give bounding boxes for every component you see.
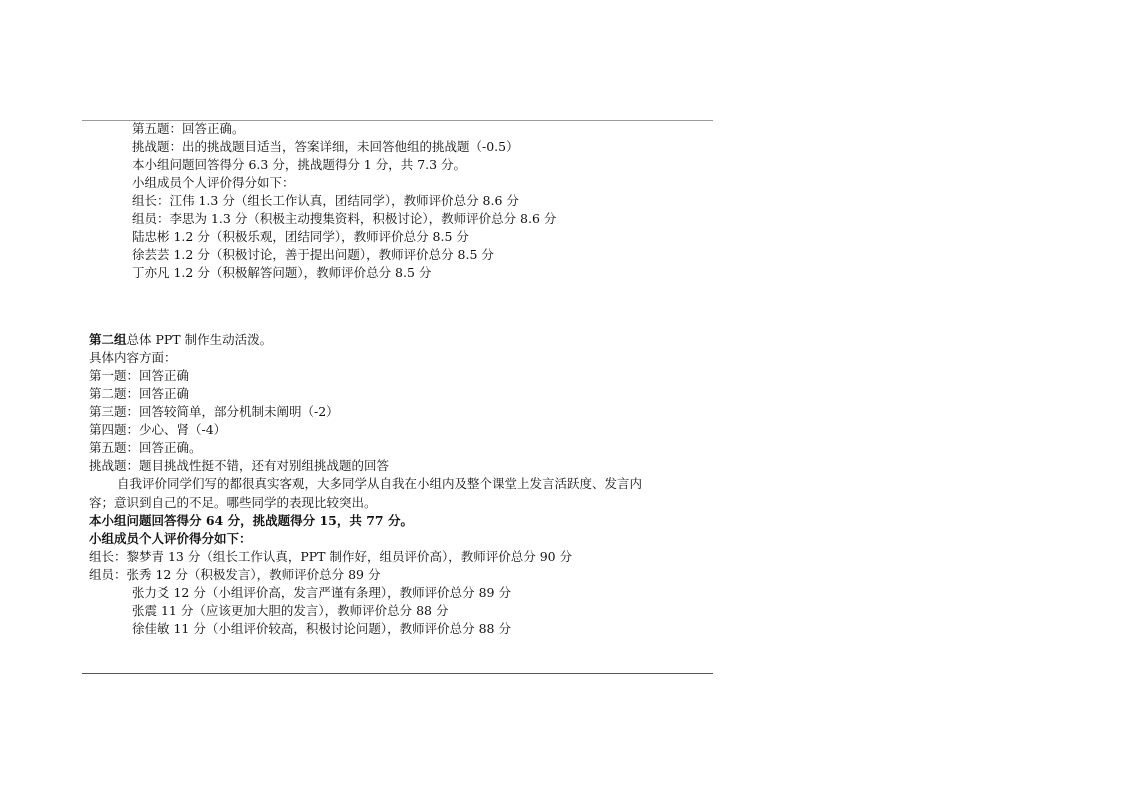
g1-question-5: 第五题：回答正确。: [132, 120, 245, 138]
g1-challenge: 挑战题：出的挑战题目适当，答案详细，未回答他组的挑战题（-0.5）: [132, 138, 519, 156]
footer-rule: [82, 673, 713, 674]
g2-summary: 本小组问题回答得分 64 分，挑战题得分 15，共 77 分。: [89, 512, 413, 530]
g2-self-eval-line2: 容；意识到自己的不足。哪些同学的表现比较突出。: [89, 494, 377, 512]
g2-self-eval-line1: 自我评价同学们写的都很真实客观，大多同学从自我在小组内及整个课堂上发言活跃度、发…: [117, 475, 642, 493]
g1-members-heading: 小组成员个人评价得分如下：: [132, 174, 295, 192]
g2-challenge: 挑战题：题目挑战性挺不错，还有对别组挑战题的回答: [89, 457, 389, 475]
g2-title-rest: 总体 PPT 制作生动活泼。: [127, 332, 273, 347]
g1-member: 组员：李思为 1.3 分（积极主动搜集资料，积极讨论），教师评价总分 8.6 分: [132, 210, 556, 228]
g2-content-heading: 具体内容方面：: [89, 349, 177, 367]
g2-title-bold: 第二组: [89, 332, 127, 347]
g2-question: 第三题：回答较简单，部分机制未阐明（-2）: [89, 403, 339, 421]
g2-member: 组长：黎梦青 13 分（组长工作认真，PPT 制作好，组员评价高），教师评价总分…: [89, 548, 572, 566]
g2-member: 组员：张秀 12 分（积极发言），教师评价总分 89 分: [89, 566, 380, 584]
g2-title: 第二组总体 PPT 制作生动活泼。: [89, 331, 272, 349]
g2-question: 第一题：回答正确: [89, 367, 189, 385]
g2-question: 第二题：回答正确: [89, 385, 189, 403]
g1-member: 组长：江伟 1.3 分（组长工作认真，团结同学），教师评价总分 8.6 分: [132, 192, 519, 210]
g1-summary: 本小组问题回答得分 6.3 分，挑战题得分 1 分，共 7.3 分。: [132, 156, 466, 174]
g2-member: 徐佳敏 11 分（小组评价较高，积极讨论问题），教师评价总分 88 分: [132, 620, 511, 638]
g1-member: 徐芸芸 1.2 分（积极讨论，善于提出问题），教师评价总分 8.5 分: [132, 246, 494, 264]
document-page: 第五题：回答正确。 挑战题：出的挑战题目适当，答案详细，未回答他组的挑战题（-0…: [0, 0, 1123, 794]
g2-question: 第四题：少心、肾（-4）: [89, 421, 226, 439]
g2-member: 张力爻 12 分（小组评价高，发言严谨有条理），教师评价总分 89 分: [132, 584, 511, 602]
g2-member: 张震 11 分（应该更加大胆的发言），教师评价总分 88 分: [132, 602, 448, 620]
g1-member: 陆忠彬 1.2 分（积极乐观，团结同学），教师评价总分 8.5 分: [132, 228, 469, 246]
g2-question: 第五题：回答正确。: [89, 439, 202, 457]
g2-members-heading: 小组成员个人评价得分如下：: [89, 530, 252, 548]
g1-member: 丁亦凡 1.2 分（积极解答问题），教师评价总分 8.5 分: [132, 264, 431, 282]
